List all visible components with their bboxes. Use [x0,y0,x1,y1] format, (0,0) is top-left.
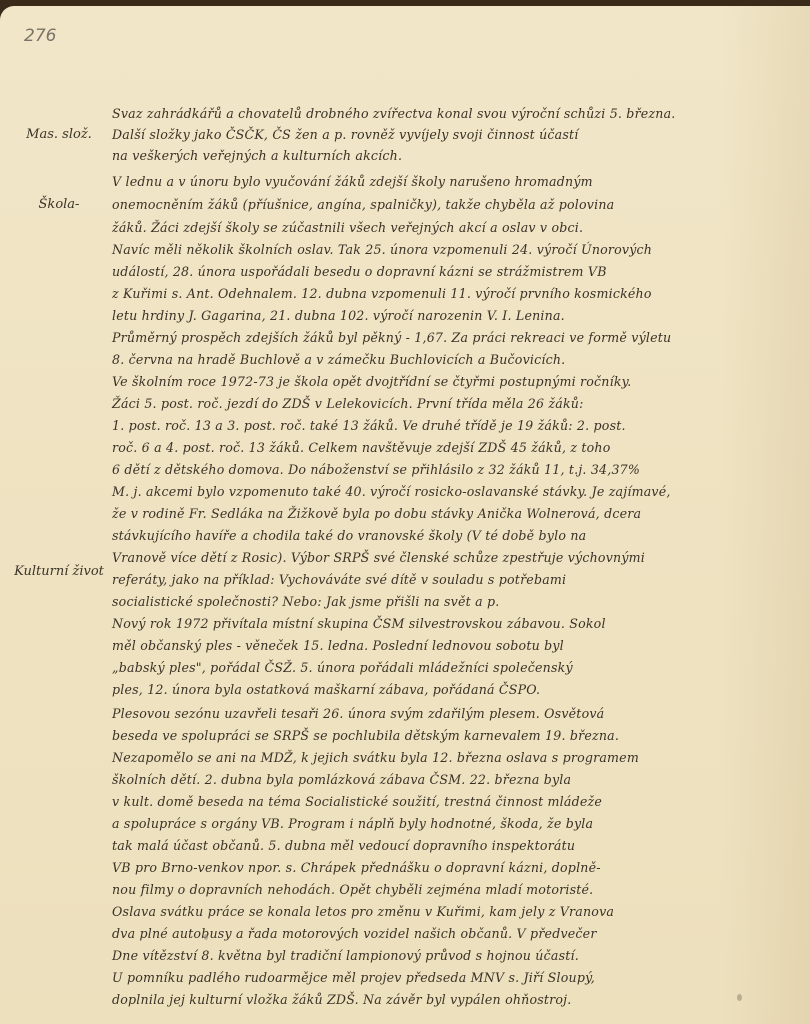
text-line: žáků. Žáci zdejší školy se zúčastnili vš… [112,220,712,235]
text-line: Ve školním roce 1972-73 je škola opět dv… [112,374,712,389]
text-line: Nový rok 1972 přivítala místní skupina Č… [112,616,712,631]
paper-spot [737,994,742,1001]
text-line: a spolupráce s orgány VB. Program i nápl… [112,816,712,831]
text-line: Vranově více dětí z Rosic). Výbor SRPŠ s… [112,550,712,565]
text-line: 8. června na hradě Buchlově a v zámečku … [112,352,712,367]
text-line: onemocněním žáků (příušnice, angína, spa… [112,197,712,212]
text-line: VB pro Brno-venkov npor. s. Chrápek před… [112,860,712,875]
text-line: školních dětí. 2. dubna byla pomlázková … [112,772,712,787]
text-line: M. j. akcemi bylo vzpomenuto také 40. vý… [112,484,712,499]
margin-label: Kulturní život [14,563,104,581]
text-line: Další složky jako ČSČK, ČS žen a p. rovn… [112,127,712,142]
page-number: 276 [24,26,56,46]
text-line: dva plné autobusy a řada motorových vozi… [112,926,712,941]
text-line: Oslava svátku práce se konala letos pro … [112,904,712,919]
text-line: stávkujícího havíře a chodila také do vr… [112,528,712,543]
paper-spot [410,996,413,1000]
text-line: beseda ve spolupráci se SRPŠ se pochlubi… [112,728,712,743]
text-line: měl občanský ples - věneček 15. ledna. P… [112,638,712,653]
chronicle-page: 276 Mas. slož.Škola-Kulturní život Svaz … [0,6,810,1024]
text-line: že v rodině Fr. Sedláka na Žižkově byla … [112,506,712,521]
text-line: nou filmy o dopravních nehodách. Opět ch… [112,882,712,897]
text-line: Dne vítězství 8. května byl tradiční lam… [112,948,712,963]
margin-label: Mas. slož. [14,126,104,144]
text-line: Nezapomělo se ani na MDŽ, k jejich svátk… [112,750,712,765]
text-line: referáty, jako na příklad: Vychováváte s… [112,572,712,587]
text-line: Plesovou sezónu uzavřeli tesaři 26. únor… [112,706,712,721]
text-line: na veškerých veřejných a kulturních akcí… [112,148,712,163]
text-line: V lednu a v únoru bylo vyučování žáků zd… [112,174,712,189]
text-line: U pomníku padlého rudoarmějce měl projev… [112,970,712,985]
text-line: tak malá účast občanů. 5. dubna měl vedo… [112,838,712,853]
text-line: 6 dětí z dětského domova. Do náboženství… [112,462,712,477]
text-line: socialistické společnosti? Nebo: Jak jsm… [112,594,712,609]
paper-spot [204,934,208,940]
text-line: 1. post. roč. 13 a 3. post. roč. také 13… [112,418,712,433]
text-line: roč. 6 a 4. post. roč. 13 žáků. Celkem n… [112,440,712,455]
text-line: událostí, 28. února uspořádali besedu o … [112,264,712,279]
text-line: Žáci 5. post. roč. jezdí do ZDŠ v Leleko… [112,396,712,411]
text-line: z Kuřimi s. Ant. Odehnalem. 12. dubna vz… [112,286,712,301]
text-line: Navíc měli několik školních oslav. Tak 2… [112,242,712,257]
text-line: Průměrný prospěch zdejších žáků byl pěkn… [112,330,712,345]
margin-label: Škola- [14,196,104,214]
text-line: ples, 12. února byla ostatková maškarní … [112,682,712,697]
text-line: Svaz zahrádkářů a chovatelů drobného zví… [112,106,712,121]
text-line: letu hrdiny J. Gagarina, 21. dubna 102. … [112,308,712,323]
text-line: „babský ples", pořádal ČSŽ. 5. února poř… [112,660,712,675]
text-line: v kult. domě beseda na téma Socialistick… [112,794,712,809]
